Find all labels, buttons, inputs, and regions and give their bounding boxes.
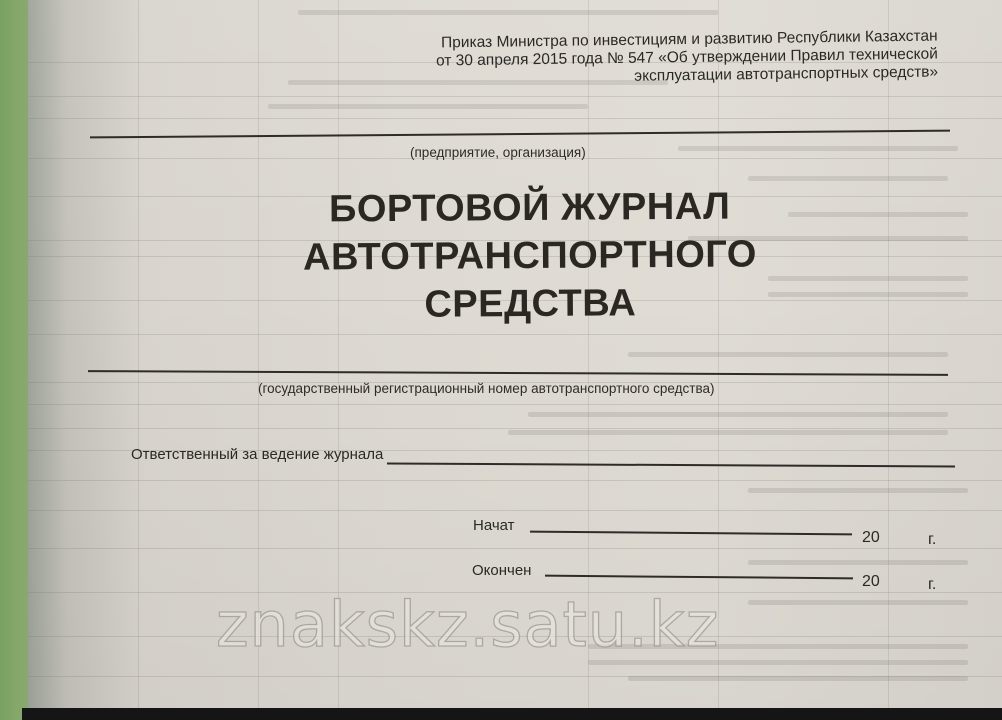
registration-number-caption: (государственный регистрационный номер а… [258, 381, 714, 396]
finished-year-suffix: г. [928, 576, 936, 594]
organization-caption: (предприятие, организация) [410, 145, 586, 160]
title-line-3: СРЕДСТВА [230, 278, 830, 330]
dark-surface-edge [22, 708, 1002, 720]
green-background [0, 0, 28, 720]
responsible-label: Ответственный за ведение журнала [131, 446, 383, 463]
title-line-1: БОРТОВОЙ ЖУРНАЛ [230, 182, 830, 234]
started-year-prefix: 20 [862, 529, 880, 547]
started-label: Начат [473, 517, 515, 534]
page-title: БОРТОВОЙ ЖУРНАЛ АВТОТРАНСПОРТНОГО СРЕДСТ… [230, 182, 831, 330]
finished-label: Окончен [472, 562, 531, 579]
title-line-2: АВТОТРАНСПОРТНОГО [230, 230, 830, 282]
started-year-suffix: г. [928, 531, 936, 549]
ministerial-order-reference: Приказ Министра по инвестициям и развити… [436, 27, 939, 88]
watermark: znakskz.satu.kz [216, 588, 719, 661]
finished-year-prefix: 20 [862, 573, 880, 591]
